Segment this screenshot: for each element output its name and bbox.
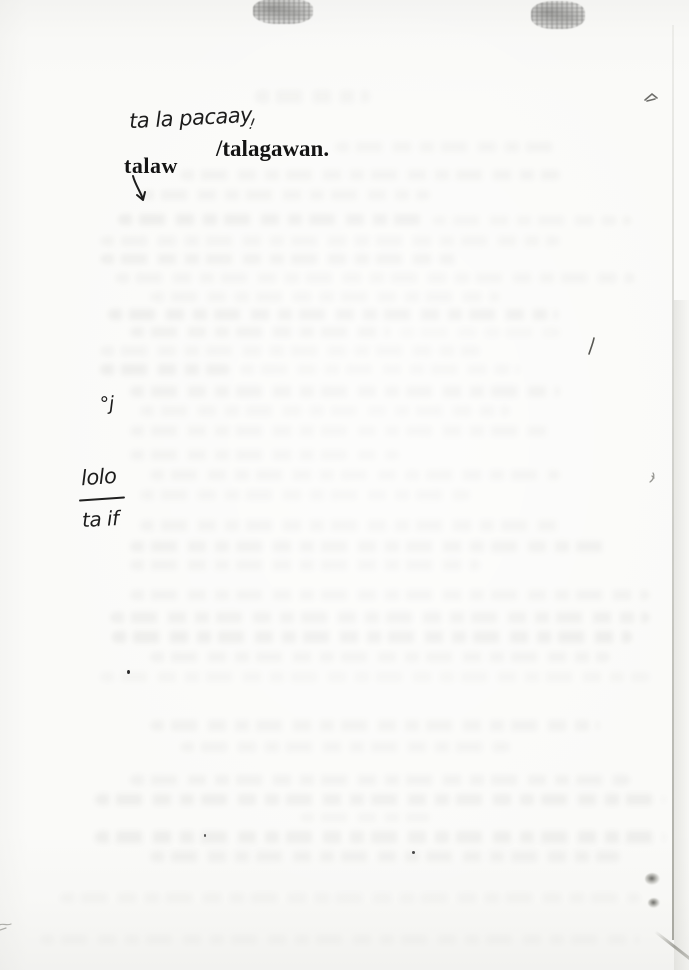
ghost-text-line (140, 490, 470, 500)
right-edge-hole-mark (648, 898, 660, 908)
ghost-text-line (180, 170, 560, 180)
left-edge-squiggle-mark (0, 921, 15, 935)
ghost-text-line (100, 254, 460, 264)
ghost-text-line (140, 520, 560, 531)
scanned-page: ta la pacaay ! /talagawan. talaw °j lolo… (0, 0, 689, 970)
ghost-text-line (112, 631, 632, 643)
ink-dot (204, 834, 206, 837)
right-edge-squiggle-mark (643, 90, 661, 104)
ghost-text-line (130, 426, 550, 436)
ghost-text-line (150, 851, 620, 862)
handwritten-note-oj: °j (99, 393, 114, 416)
ghost-text-line (150, 292, 500, 302)
ghost-text-line (100, 672, 650, 682)
ink-dot (127, 670, 130, 674)
ghost-text-line (150, 720, 600, 731)
ghost-text-line (150, 652, 610, 662)
ghost-text-line (100, 236, 560, 246)
ghost-text-line (180, 742, 510, 752)
right-edge-hole-mark (645, 873, 660, 885)
ghost-text-line (40, 935, 640, 944)
ghost-text-line (130, 450, 400, 460)
ghost-text-line (150, 470, 560, 480)
ghost-text-line (432, 216, 632, 225)
ghost-text-line (60, 893, 640, 903)
ghost-text-line (130, 590, 650, 600)
ghost-text-line (100, 364, 230, 375)
handwritten-note-talapacaay: ta la pacaay (128, 103, 252, 133)
right-edge-slash-mark (586, 336, 598, 356)
ghost-text-line (108, 309, 558, 320)
handwritten-note-ta-if: ta if (81, 506, 119, 532)
scan-smudge-top-left (253, 0, 313, 24)
ghost-text-line (130, 560, 480, 570)
printed-word-talagawan: /talagawan. (216, 136, 329, 162)
ink-dot (412, 851, 415, 854)
ghost-text-line (140, 406, 510, 416)
ghost-text-line (300, 813, 430, 822)
ghost-text-line (130, 775, 630, 785)
ghost-text-line (95, 794, 665, 805)
ghost-text-line (130, 327, 390, 337)
ghost-text-line (95, 831, 665, 843)
ghost-text-line (115, 273, 635, 283)
ghost-text-line (110, 612, 650, 623)
ghost-text-line (118, 214, 423, 225)
right-edge-small-mark (646, 471, 658, 485)
ghost-text-line (400, 328, 560, 337)
scan-smudge-top-right (531, 1, 585, 29)
handwritten-down-arrow (126, 174, 154, 206)
ghost-text-line (100, 346, 480, 356)
page-edge-line (672, 25, 674, 940)
page-edge-shade (674, 300, 689, 970)
handwritten-underline (79, 496, 125, 501)
ghost-text-line (255, 90, 370, 103)
handwritten-note-lolo: lolo (80, 464, 117, 490)
ghost-text-line (240, 365, 520, 374)
ghost-text-line (335, 142, 555, 152)
ghost-text-line (140, 190, 430, 200)
ghost-text-line (130, 541, 610, 552)
ghost-text-line (130, 386, 560, 397)
